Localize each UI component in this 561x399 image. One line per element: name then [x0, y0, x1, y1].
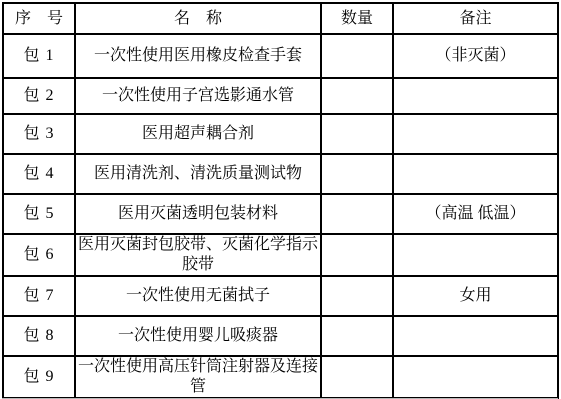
- cell-qty: [321, 78, 393, 114]
- table-row: 包 1一次性使用医用橡皮检查手套（非灭菌）: [3, 34, 558, 78]
- cell-index: 包 5: [3, 194, 75, 234]
- cell-qty: [321, 276, 393, 316]
- cell-qty: [321, 154, 393, 194]
- cell-index: 包 3: [3, 114, 75, 154]
- cell-name: 医用灭菌透明包装材料: [75, 194, 321, 234]
- table-row: 包 9一次性使用高压针筒注射器及连接管: [3, 356, 558, 398]
- cell-index: 包 7: [3, 276, 75, 316]
- cell-index: 包 8: [3, 316, 75, 356]
- cell-remark: [393, 356, 558, 398]
- cell-index: 包 2: [3, 78, 75, 114]
- col-header-name: 名 称: [75, 3, 321, 34]
- col-header-qty: 数量: [321, 3, 393, 34]
- cell-qty: [321, 194, 393, 234]
- col-header-index: 序 号: [3, 3, 75, 34]
- cell-index: 包 1: [3, 34, 75, 78]
- cell-qty: [321, 356, 393, 398]
- cell-remark: （非灭菌）: [393, 34, 558, 78]
- table-row: 包 7一次性使用无菌拭子女用: [3, 276, 558, 316]
- cell-remark: [393, 78, 558, 114]
- cell-name: 一次性使用高压针筒注射器及连接管: [75, 356, 321, 398]
- table-body: 包 1一次性使用医用橡皮检查手套（非灭菌）包 2一次性使用子宫选影通水管包 3医…: [3, 34, 558, 398]
- cell-index: 包 6: [3, 234, 75, 276]
- cell-qty: [321, 234, 393, 276]
- document-page: 序 号 名 称 数量 备注 包 1一次性使用医用橡皮检查手套（非灭菌）包 2一次…: [0, 0, 561, 399]
- col-header-remark: 备注: [393, 3, 558, 34]
- cell-index: 包 4: [3, 154, 75, 194]
- cell-remark: （高温 低温）: [393, 194, 558, 234]
- cell-remark: [393, 316, 558, 356]
- table-row: 包 6医用灭菌封包胶带、灭菌化学指示胶带: [3, 234, 558, 276]
- table-header: 序 号 名 称 数量 备注: [3, 3, 558, 34]
- table-row: 包 4医用清洗剂、清洗质量测试物: [3, 154, 558, 194]
- cell-name: 一次性使用无菌拭子: [75, 276, 321, 316]
- cell-name: 一次性使用婴儿吸痰器: [75, 316, 321, 356]
- cell-name: 一次性使用医用橡皮检查手套: [75, 34, 321, 78]
- cell-name: 医用清洗剂、清洗质量测试物: [75, 154, 321, 194]
- cell-qty: [321, 34, 393, 78]
- cell-name: 医用超声耦合剂: [75, 114, 321, 154]
- cell-remark: [393, 114, 558, 154]
- cell-remark: [393, 234, 558, 276]
- table-row: 包 3医用超声耦合剂: [3, 114, 558, 154]
- cell-remark: [393, 154, 558, 194]
- cell-qty: [321, 316, 393, 356]
- table-row: 包 8一次性使用婴儿吸痰器: [3, 316, 558, 356]
- cell-name: 一次性使用子宫选影通水管: [75, 78, 321, 114]
- cell-name: 医用灭菌封包胶带、灭菌化学指示胶带: [75, 234, 321, 276]
- cell-index: 包 9: [3, 356, 75, 398]
- cell-qty: [321, 114, 393, 154]
- header-row: 序 号 名 称 数量 备注: [3, 3, 558, 34]
- cell-remark: 女用: [393, 276, 558, 316]
- table-row: 包 2一次性使用子宫选影通水管: [3, 78, 558, 114]
- table-row: 包 5医用灭菌透明包装材料（高温 低温）: [3, 194, 558, 234]
- items-table: 序 号 名 称 数量 备注 包 1一次性使用医用橡皮检查手套（非灭菌）包 2一次…: [2, 2, 559, 399]
